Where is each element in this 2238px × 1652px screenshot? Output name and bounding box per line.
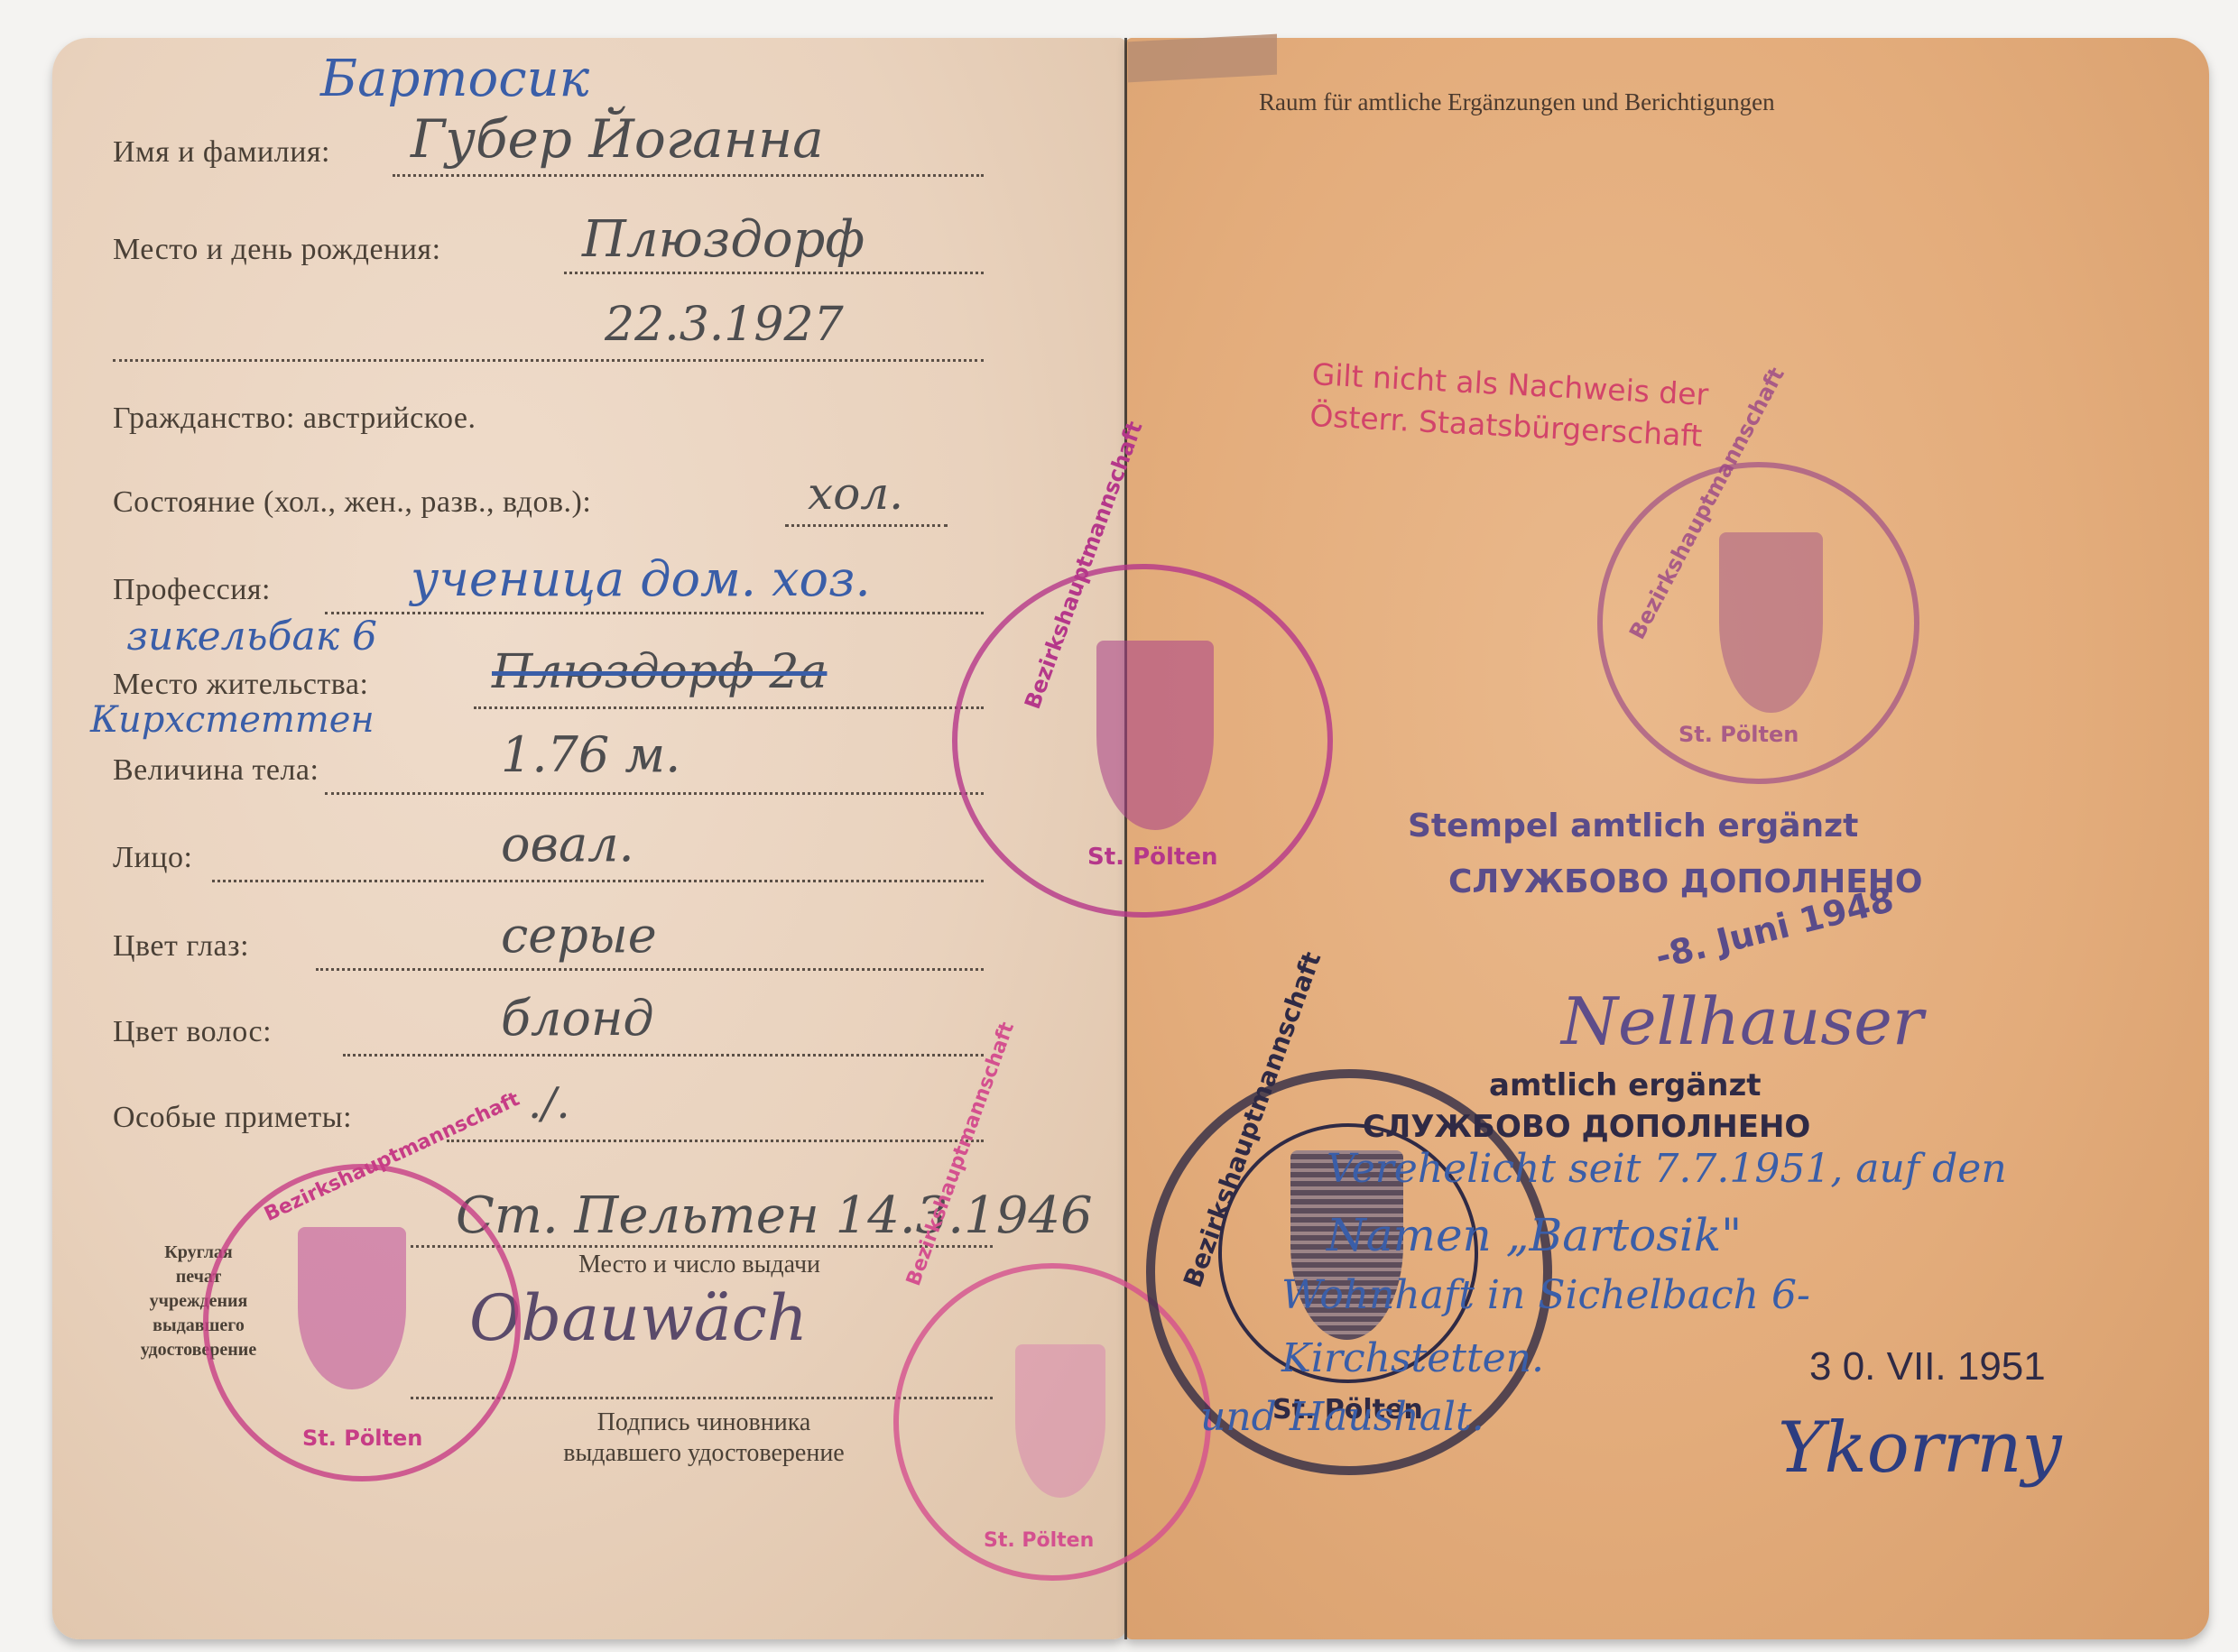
field-profession: Профессия: ученица дом. хоз. bbox=[113, 573, 984, 618]
field-citizenship-label: Гражданство: австрийское. bbox=[113, 401, 476, 435]
field-birth: Место и день рождения: Плюздорф bbox=[113, 233, 984, 278]
field-marital-value: хол. bbox=[808, 467, 903, 520]
field-birth-label: Место и день рождения: bbox=[113, 233, 441, 266]
field-residence-value: Плюздорф 2а bbox=[492, 645, 827, 699]
signature-label: Подпись чиновника выдавшего удостоверени… bbox=[469, 1407, 939, 1469]
field-birth-date-line: 22.3.1927 bbox=[113, 320, 984, 365]
field-birth-place: Плюздорф bbox=[582, 210, 865, 269]
field-eye-value: серые bbox=[501, 907, 657, 964]
field-name-label: Имя и фамилия: bbox=[113, 135, 330, 169]
field-citizenship: Гражданство: австрийское. bbox=[113, 401, 984, 447]
field-height: Величина тела: 1.76 м. bbox=[113, 753, 984, 798]
field-height-label: Величина тела: bbox=[113, 753, 319, 787]
field-name: Имя и фамилия: Губер Йоганна bbox=[113, 135, 984, 180]
field-eye-label: Цвет глаз: bbox=[113, 929, 249, 963]
field-face-value: овал. bbox=[501, 816, 634, 872]
corrections-header: Raum für amtliche Ergänzungen und Berich… bbox=[1259, 88, 1775, 116]
field-marital-status: Состояние (хол., жен., разв., вдов.): хо… bbox=[113, 485, 984, 531]
field-marks-value: ./. bbox=[528, 1078, 570, 1129]
tape-strip bbox=[1128, 34, 1277, 83]
field-marks-label: Особые приметы: bbox=[113, 1101, 352, 1134]
field-birth-date: 22.3.1927 bbox=[605, 298, 844, 352]
field-special-marks: Особые приметы: ./. bbox=[113, 1101, 984, 1146]
date-stamp-1951: 3 0. VII. 1951 bbox=[1809, 1344, 2046, 1389]
residence-correction-below: Кирхстеттен bbox=[90, 699, 375, 741]
field-face-label: Лицо: bbox=[113, 841, 192, 874]
field-height-value: 1.76 м. bbox=[501, 726, 680, 783]
field-eye-color: Цвет глаз: серые bbox=[113, 929, 984, 974]
residence-correction-above: зикельбак 6 bbox=[126, 614, 377, 660]
field-residence-label: Место жительства: bbox=[113, 668, 368, 701]
field-hair-value: блонд bbox=[501, 990, 654, 1047]
signature-1951: Ykorrny bbox=[1778, 1407, 2062, 1489]
signature-1948: Nellhauser bbox=[1561, 983, 1923, 1059]
field-name-value: Губер Йоганна bbox=[411, 108, 824, 170]
issue-label: Место и число выдачи bbox=[487, 1250, 911, 1280]
issue-place-date: Ст. Пельтен 14.3.1946 bbox=[456, 1186, 1093, 1245]
name-correction: Бартосик bbox=[320, 50, 589, 108]
field-hair-label: Цвет волос: bbox=[113, 1015, 272, 1048]
field-marital-label: Состояние (хол., жен., разв., вдов.): bbox=[113, 485, 591, 519]
field-face: Лицо: овал. bbox=[113, 841, 984, 886]
field-profession-label: Профессия: bbox=[113, 573, 271, 606]
field-profession-value: ученица дом. хоз. bbox=[411, 550, 871, 607]
field-hair-color: Цвет волос: блонд bbox=[113, 1015, 984, 1060]
